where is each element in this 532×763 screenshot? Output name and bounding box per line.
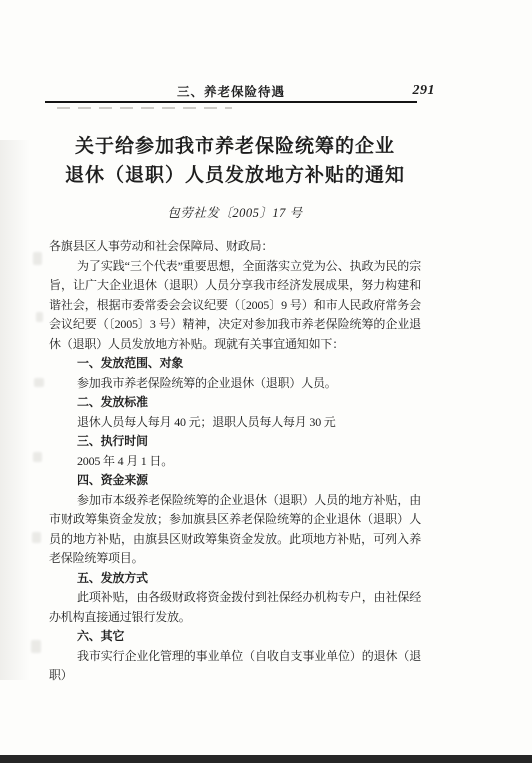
paragraph: 参加我市养老保险统筹的企业退休（退职）人员。 bbox=[49, 374, 421, 394]
document-title-line1: 关于给参加我市养老保险统筹的企业 bbox=[75, 136, 395, 157]
document-body: 各旗县区人事劳动和社会保障局、财政局： 为了实践“三个代表”重要思想，全面落实立… bbox=[49, 237, 421, 686]
document-title: 关于给参加我市养老保险统筹的企业 退休（退职）人员发放地方补贴的通知 bbox=[40, 132, 430, 190]
document-page: 三、养老保险待遇 291 关于给参加我市养老保险统筹的企业 退休（退职）人员发放… bbox=[0, 0, 532, 763]
paragraph: 此项补贴，由各级财政将资金拨付到社保经办机构专户，由社保经办机构直接通过银行发放… bbox=[49, 588, 421, 627]
scan-smudge bbox=[34, 378, 44, 387]
scan-edge-bar bbox=[0, 755, 532, 763]
page-number: 291 bbox=[413, 83, 436, 99]
scan-smudge bbox=[31, 640, 41, 653]
salutation-line: 各旗县区人事劳动和社会保障局、财政局： bbox=[49, 237, 421, 257]
section-heading-2: 二、发放标准 bbox=[49, 393, 421, 413]
paragraph: 为了实践“三个代表”重要思想，全面落实立党为公、执政为民的宗旨，让广大企业退休（… bbox=[49, 257, 421, 355]
paragraph: 退休人员每人每月 40 元；退职人员每人每月 30 元 bbox=[49, 413, 421, 433]
section-heading-6: 六、其它 bbox=[49, 627, 421, 647]
running-header-section-title: 三、养老保险待遇 bbox=[45, 84, 417, 100]
document-title-line2: 退休（退职）人员发放地方补贴的通知 bbox=[65, 165, 405, 186]
page-header: 三、养老保险待遇 291 bbox=[45, 84, 417, 101]
scan-smudge bbox=[36, 312, 43, 322]
paragraph: 参加市本级养老保险统筹的企业退休（退职）人员的地方补贴，由市财政筹集资金发放；参… bbox=[49, 491, 421, 569]
section-heading-4: 四、资金来源 bbox=[49, 471, 421, 491]
section-heading-3: 三、执行时间 bbox=[49, 432, 421, 452]
paragraph: 2005 年 4 月 1 日。 bbox=[49, 452, 421, 472]
scan-artifact-line bbox=[57, 107, 232, 109]
scan-smudge bbox=[33, 252, 42, 265]
section-heading-5: 五、发放方式 bbox=[49, 569, 421, 589]
header-rule bbox=[45, 101, 417, 103]
section-heading-1: 一、发放范围、对象 bbox=[49, 354, 421, 374]
scan-smudge bbox=[33, 452, 42, 462]
scan-smudge bbox=[32, 532, 41, 543]
document-number: 包劳社发〔2005〕17 号 bbox=[49, 203, 421, 221]
scan-gutter-shadow bbox=[0, 140, 30, 680]
paragraph: 我市实行企业化管理的事业单位（自收自支事业单位）的退休（退职） bbox=[49, 647, 421, 686]
